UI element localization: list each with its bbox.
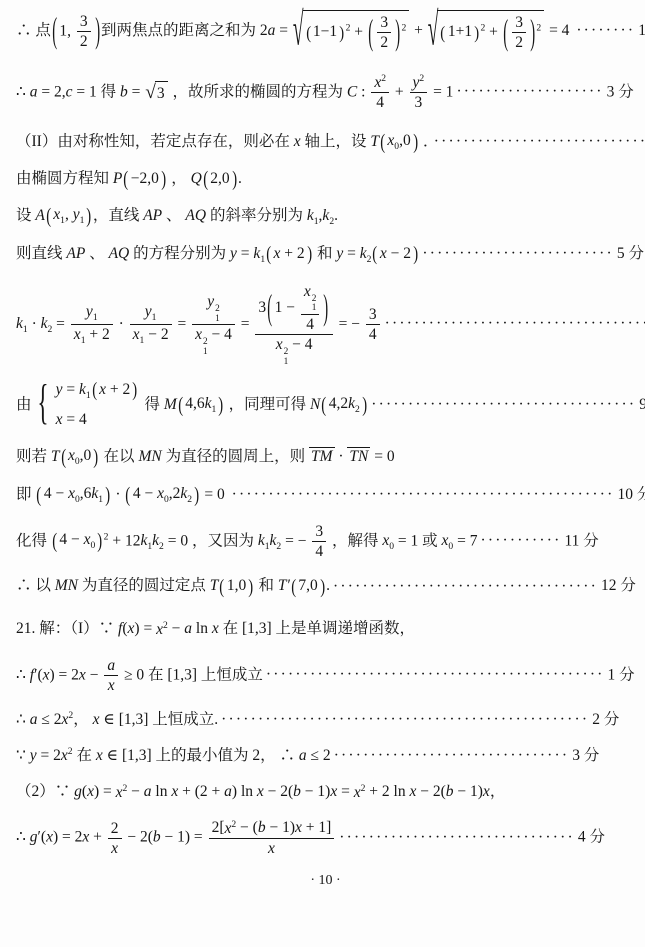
dot-leader: ········································… [266,666,605,683]
paren-inner: 1,0 [226,576,247,597]
text-run: + 12 [108,532,140,549]
sqrt-radical: √(1+1)2 + (32)2 [428,10,544,53]
math-var: N [310,396,320,413]
math-var: TN [349,448,368,465]
fraction-denominator: 4 [303,315,317,334]
text-run: 、 [162,207,185,224]
math-var: x0 [68,447,80,464]
text-run: = − [335,315,364,332]
text-run: 2 [80,33,88,50]
text-run: ,2 [169,485,181,502]
text-run: ,6 [80,485,92,502]
math-var: x0 [442,532,454,549]
solution-line: （2）∵ g(x) = x2 − a ln x + (2 + a) ln x −… [16,782,635,803]
radical-content: 3 [155,81,168,105]
fraction-numerator: x21 [301,282,320,314]
paren-close: ) [248,577,253,597]
math-var: AP [143,207,162,224]
dot-leader: ································ [334,747,570,764]
math-var: a [107,657,115,674]
text-run: 轴上，设 [301,133,371,150]
variable-base: k [360,245,367,262]
solution-line: ∴ a = 2,c = 1 得 b = √3 ，故所求的椭圆的方程为 C : x… [16,73,635,113]
math-var: b [120,83,128,100]
subscript: 1 [93,312,98,323]
paren-open: ( [126,485,131,506]
fraction-numerator: 3 [377,13,391,32]
paren-open: ( [178,395,183,416]
text-run: 在 [73,747,96,764]
paren-inner: x − 2 [379,244,412,265]
math-var: x2 [374,74,386,91]
paren-open: ( [291,577,296,597]
fraction: 32 [377,13,391,53]
text-run: = [275,22,292,39]
text-run: 3 [315,523,323,540]
subscript: 1 [80,215,85,226]
text-run: . [238,170,242,187]
text-run: ， [73,711,92,728]
text-run: = 2 [37,747,61,764]
paren-inner: x1, y1 [52,205,85,228]
paren-open: ( [322,395,327,416]
text-run: 在 [1,3] 上是单调递增函数， [219,621,415,638]
subscript: 1 [312,304,317,314]
text-run: − 1) = [161,829,207,846]
math-var: x1 [74,326,86,343]
paren-inner: 1+1 [447,22,473,43]
variable-base: y [145,303,152,320]
paren-inner: 4,2k2 [328,394,361,417]
text-run: + 2 [280,245,304,262]
text-run: 的斜率分别为 [206,207,307,224]
paren-group: (4 − x0,2k2) [124,484,200,507]
text-run: = [343,245,360,262]
fraction: y23 [410,73,428,113]
paren-group: (1, 32) [51,12,101,52]
math-var: a [30,711,38,728]
paren-close: ) [339,24,344,42]
math-var: C [347,83,357,100]
math-var: x2 [354,784,366,801]
subscript: 1 [203,348,208,358]
paren-close: ) [413,132,418,153]
text-run: ) = 2 [53,829,82,846]
paren-inner: 4 − x0,6k1 [43,484,104,507]
paren-group: (−2,0) [122,169,167,190]
fraction-denominator: 4 [366,325,380,344]
math-var: a [224,784,232,801]
variable-base: y [207,293,214,310]
paren-open: ( [306,24,311,42]
paren-close: ) [132,380,137,400]
text-run: 3 [157,85,165,102]
paren-inner: 4,6k1 [184,394,217,417]
math-var: AQ [185,207,206,224]
paren-group: (1,0) [218,576,254,597]
math-var: k1 [16,315,28,332]
dot-leader: ································ [339,829,575,846]
text-run: 4 [376,94,384,111]
paren-open: ( [37,485,42,506]
text-run: ∴ [16,711,30,728]
text-run: 的方程分别为 [129,245,230,262]
fraction-numerator: 3 [512,13,526,32]
variable-base: x [276,336,283,353]
paren-close: ) [232,169,237,190]
text-run: = 4 [545,22,573,39]
variable-base: x [61,747,68,764]
fraction-numerator: 3 [77,12,91,31]
fraction-denominator: 4 [373,93,387,112]
text-run: − 2( [264,784,293,801]
text-run: 1,0 [227,577,246,594]
math-var: P [113,170,122,187]
text-run: − 2 [144,326,168,343]
text-run: + 2 [106,381,130,398]
text-run: + (2 + [178,784,224,801]
fraction-denominator: 2 [77,32,91,51]
superscript: 2 [381,73,386,84]
fraction-numerator: a [104,656,118,675]
math-var: x [380,245,387,262]
variable-base: x [304,283,311,300]
text-run: 由 [16,396,35,413]
math-var: x2 [116,784,128,801]
cases-row: y = k1(x + 2) [56,380,139,403]
paren-open: ( [503,15,508,51]
math-var: MN [55,578,78,595]
text-run: 4 分 [578,829,605,846]
math-var: x [295,820,302,837]
text-run: （II）由对称性知，若定点存在，则必在 [16,133,294,150]
text-run: 则若 [16,448,51,465]
math-var: y2 [413,74,425,91]
text-run: − 2( [124,829,153,846]
fraction-denominator: 4 [312,542,326,561]
text-run: + [391,83,408,100]
text-run: . [326,578,330,595]
math-var: x0 [84,531,96,548]
text-run: + [89,829,106,846]
math-var: k2 [270,532,282,549]
paren-inner: x + 2 [98,380,131,401]
text-run: ∴ [16,666,30,683]
subscript: 1 [284,358,289,368]
math-var: b [446,784,454,801]
fraction: ax [104,656,118,696]
text-run: 在以 [100,448,139,465]
paren-open: ( [52,531,57,552]
paren-open: ( [266,245,271,265]
math-var: x [483,784,490,801]
text-run: 3 [258,299,266,316]
paren-inner: 4 − x0 [58,530,96,553]
text-run: 3 [515,14,523,31]
paren-open: ( [380,132,385,153]
variable-base: k [205,395,212,412]
math-var: k1 [307,207,319,224]
text-run: ln [192,621,212,638]
math-var: T′ [278,578,290,595]
paren-close: ) [98,531,103,552]
text-run: = 7 [453,532,477,549]
text-run: ) = 2 [50,666,79,683]
math-var: x [43,666,50,683]
fraction: 34 [366,305,380,345]
text-run: ∴ 以 [16,578,55,595]
dot-leader: ········································… [232,486,615,503]
solution-line: ∴ 以 MN 为直径的圆过定点 T(1,0) 和 T′(7,0).·······… [16,576,635,597]
paren-group: (4,6k1) [177,394,225,417]
text-run: 12 分 [601,578,636,595]
paren-close: ) [219,395,224,416]
text-run: 3 分 [572,747,599,764]
text-run: 4 [306,316,314,333]
variable-base: x [354,784,361,801]
math-var: y21 [207,293,220,310]
text-run: ∈ [1,3] 上恒成立. [99,711,218,728]
vector-overline: TM [309,447,335,466]
paren-open: ( [220,577,225,597]
fraction-denominator: x [108,839,121,858]
subscript: 1 [98,494,103,505]
superscript: 2 [536,22,541,33]
math-var: x2 [61,747,73,764]
paren-inner: x + 2 [273,244,306,265]
text-run: 2[ [212,820,225,837]
solution-line: 即 (4 − x0,6k1) · (4 − x0,2k2) = 0 ······… [16,484,635,507]
math-var: T [210,578,219,595]
math-var: x [212,621,219,638]
subscript: 0 [90,540,95,551]
math-var: k1 [253,245,265,262]
solution-line: （II）由对称性知，若定点存在，则必在 x 轴上，设 T(x0,0) ．····… [16,131,635,154]
solution-line: ∵ y = 2x2 在 x ∈ [1,3] 上的最小值为 2， ∴ a ≤ 2·… [16,746,635,767]
text-run: −2,0 [131,170,159,187]
fraction-denominator: x21 − 4 [192,325,235,357]
fraction-denominator: x [105,676,118,695]
vector-overline: TN [347,447,370,466]
text-run: 为直径的圆周上，则 [162,448,309,465]
math-var: AP [66,245,85,262]
text-run: = 1 或 [394,532,442,549]
paren-group: (4 − x0) [51,530,104,553]
math-var: x0 [387,132,399,149]
math-var: b [153,829,161,846]
text-run: − 2( [416,784,445,801]
paren-open: ( [61,447,66,468]
text-run: 7,0 [298,577,317,594]
variable-base: k [348,395,355,412]
paren-group: (1+1) [439,22,480,43]
text-run: ∵ [16,747,30,764]
variable-base: x [68,447,75,464]
fraction-numerator: 3(1 − x214) [255,282,332,335]
dot-leader: ···································· [371,396,636,413]
math-var: g [74,784,82,801]
math-var: TM [311,448,333,465]
fraction: x214 [301,282,320,335]
subscript: 1 [152,312,157,323]
math-var: k1 [205,395,217,412]
math-var: k2 [348,395,360,412]
text-run: （2）∵ [16,784,74,801]
text-run: + [410,22,427,39]
sqrt-radical: √(1−1)2 + (32)2 [293,10,409,53]
text-run: 2 [515,34,523,51]
text-run: 4 − [133,485,157,502]
paren-inner: −2,0 [130,169,160,190]
paren-inner: 2,0 [209,169,230,190]
solution-line: ∴ f′(x) = 2x − ax ≥ 0 在 [1,3] 上恒成立······… [16,656,635,696]
subscript: 2 [187,494,192,505]
paren-inner: 7,0 [297,576,318,597]
text-run: 5 分 [617,245,644,262]
text-run: ) ln [232,784,257,801]
sub-sup-stack: 21 [312,295,317,315]
math-var: x [108,677,115,694]
paren-inner: 4 − x0,2k2 [132,484,193,507]
math-var: x21 [276,336,289,353]
fraction-numerator: y21 [204,292,223,324]
variable-base: x [133,326,140,343]
variable-base: y [73,206,80,223]
text-run: 11 分 [564,532,598,549]
math-var: x [294,133,301,150]
text-run: + 1] [302,820,331,837]
math-var: y [30,747,37,764]
solution-line: 设 A(x1, y1)，直线 AP 、 AQ 的斜率分别为 k1,k2. [16,205,635,229]
text-run: 由椭圆方程知 [16,170,113,187]
text-run: 4 − [44,485,68,502]
text-run: 3 [369,306,377,323]
math-var: k1 [258,532,270,549]
text-run: 为直径的圆过定点 [78,578,210,595]
math-var: x21 [195,326,208,343]
solution-line: 由椭圆方程知 P(−2,0) ， Q(2,0). [16,169,635,190]
math-var: M [164,396,177,413]
text-run: ，直线 [93,207,143,224]
paren-open: ( [373,245,378,265]
paren-group: (4 − x0,6k1) [35,484,111,507]
variable-base: k [307,207,314,224]
math-var: x0 [157,485,169,502]
text-run: ≤ 2 [307,747,331,764]
text-run: 得 [141,396,164,413]
sqrt-radical: √3 [145,81,167,105]
paren-open: ( [46,206,51,227]
text-run: = [337,784,354,801]
text-run: ， [167,170,190,187]
text-run: 2 分 [592,711,619,728]
fraction: 32 [512,13,526,53]
text-run: ≤ 2 [38,711,62,728]
text-run: − ( [236,820,258,837]
fraction-numerator: 3 [312,522,326,541]
fraction: 34 [312,522,326,562]
text-run: 1 − [275,299,299,316]
paren-close: ) [395,15,400,51]
paren-group: (7,0) [290,576,326,597]
text-run: = [237,245,254,262]
text-run: 4 [315,543,323,560]
math-var: k1 [79,381,91,398]
text-run: − [127,784,144,801]
text-run: · [335,448,348,465]
paren-close: ) [413,245,418,265]
dot-leader: ········ [576,22,635,39]
math-var: k1 [140,532,152,549]
solution-line: 由 {y = k1(x + 2)x = 4 得 M(4,6k1) ，同理可得 N… [16,380,635,431]
text-run: ，故所求的椭圆的方程为 [169,83,347,100]
text-run: 1 分 [638,22,645,39]
text-run: ) = [134,621,156,638]
paren-close: ) [161,169,166,190]
text-run: , [65,206,73,223]
page-number: · 10 · [16,873,635,889]
dot-leader: ·························· [422,245,613,262]
paren-group: (1 − x214) [266,282,330,335]
solution-line: ∴ a ≤ 2x2， x ∈ [1,3] 上恒成立.··············… [16,710,635,731]
text-run: − 1) [301,784,330,801]
text-run: ) = [94,784,116,801]
paren-close: ) [95,13,100,49]
fraction: y1x1 − 2 [130,302,172,347]
text-run: ′( [38,829,47,846]
text-run: ，同理可得 [225,396,310,413]
text-run: ， [490,784,506,801]
text-run: · [111,486,124,503]
math-var: k2 [360,245,372,262]
text-run: 2 [380,34,388,51]
dot-leader: ··········· [480,532,561,549]
math-var: a [184,621,192,638]
math-var: k2 [152,532,164,549]
fraction-denominator: x1 − 2 [130,325,172,347]
fraction-numerator: y1 [83,302,101,324]
text-run: ∴ [16,829,30,846]
math-var: x [79,666,86,683]
text-run: 3 分 [607,83,634,100]
paren-inner: 32 [509,13,529,53]
variable-base: x [195,326,202,343]
text-run: 到两焦点的距离之和为 2 [101,22,268,39]
paren-group: (2,0) [202,169,238,190]
fraction: y21x21 − 4 [192,292,235,357]
math-var: b [258,820,266,837]
text-run: = [62,381,79,398]
text-run: 4,6 [185,395,204,412]
solution-text-body: ∴ 点(1, 32)到两焦点的距离之和为 2a = √(1−1)2 + (32)… [16,10,635,858]
text-run: = 0 [201,486,229,503]
document-page: ∴ 点(1, 32)到两焦点的距离之和为 2a = √(1−1)2 + (32)… [0,0,645,889]
text-run: = 1 得 [73,83,121,100]
fraction: y1x1 + 2 [71,302,113,347]
text-run: 设 [16,207,35,224]
text-run: . [334,207,338,224]
text-run: − [86,666,103,683]
fraction-numerator: 3 [366,305,380,324]
variable-base: k [16,315,23,332]
text-run: − [168,621,185,638]
text-run: − 1) [266,820,295,837]
cases-row: x = 4 [56,410,139,431]
text-run: 2,0 [210,170,229,187]
fraction-numerator: 2 [108,819,122,838]
solution-line: 则直线 AP 、 AQ 的方程分别为 y = k1(x + 2) 和 y = k… [16,244,635,267]
text-run: = 1 [429,83,453,100]
